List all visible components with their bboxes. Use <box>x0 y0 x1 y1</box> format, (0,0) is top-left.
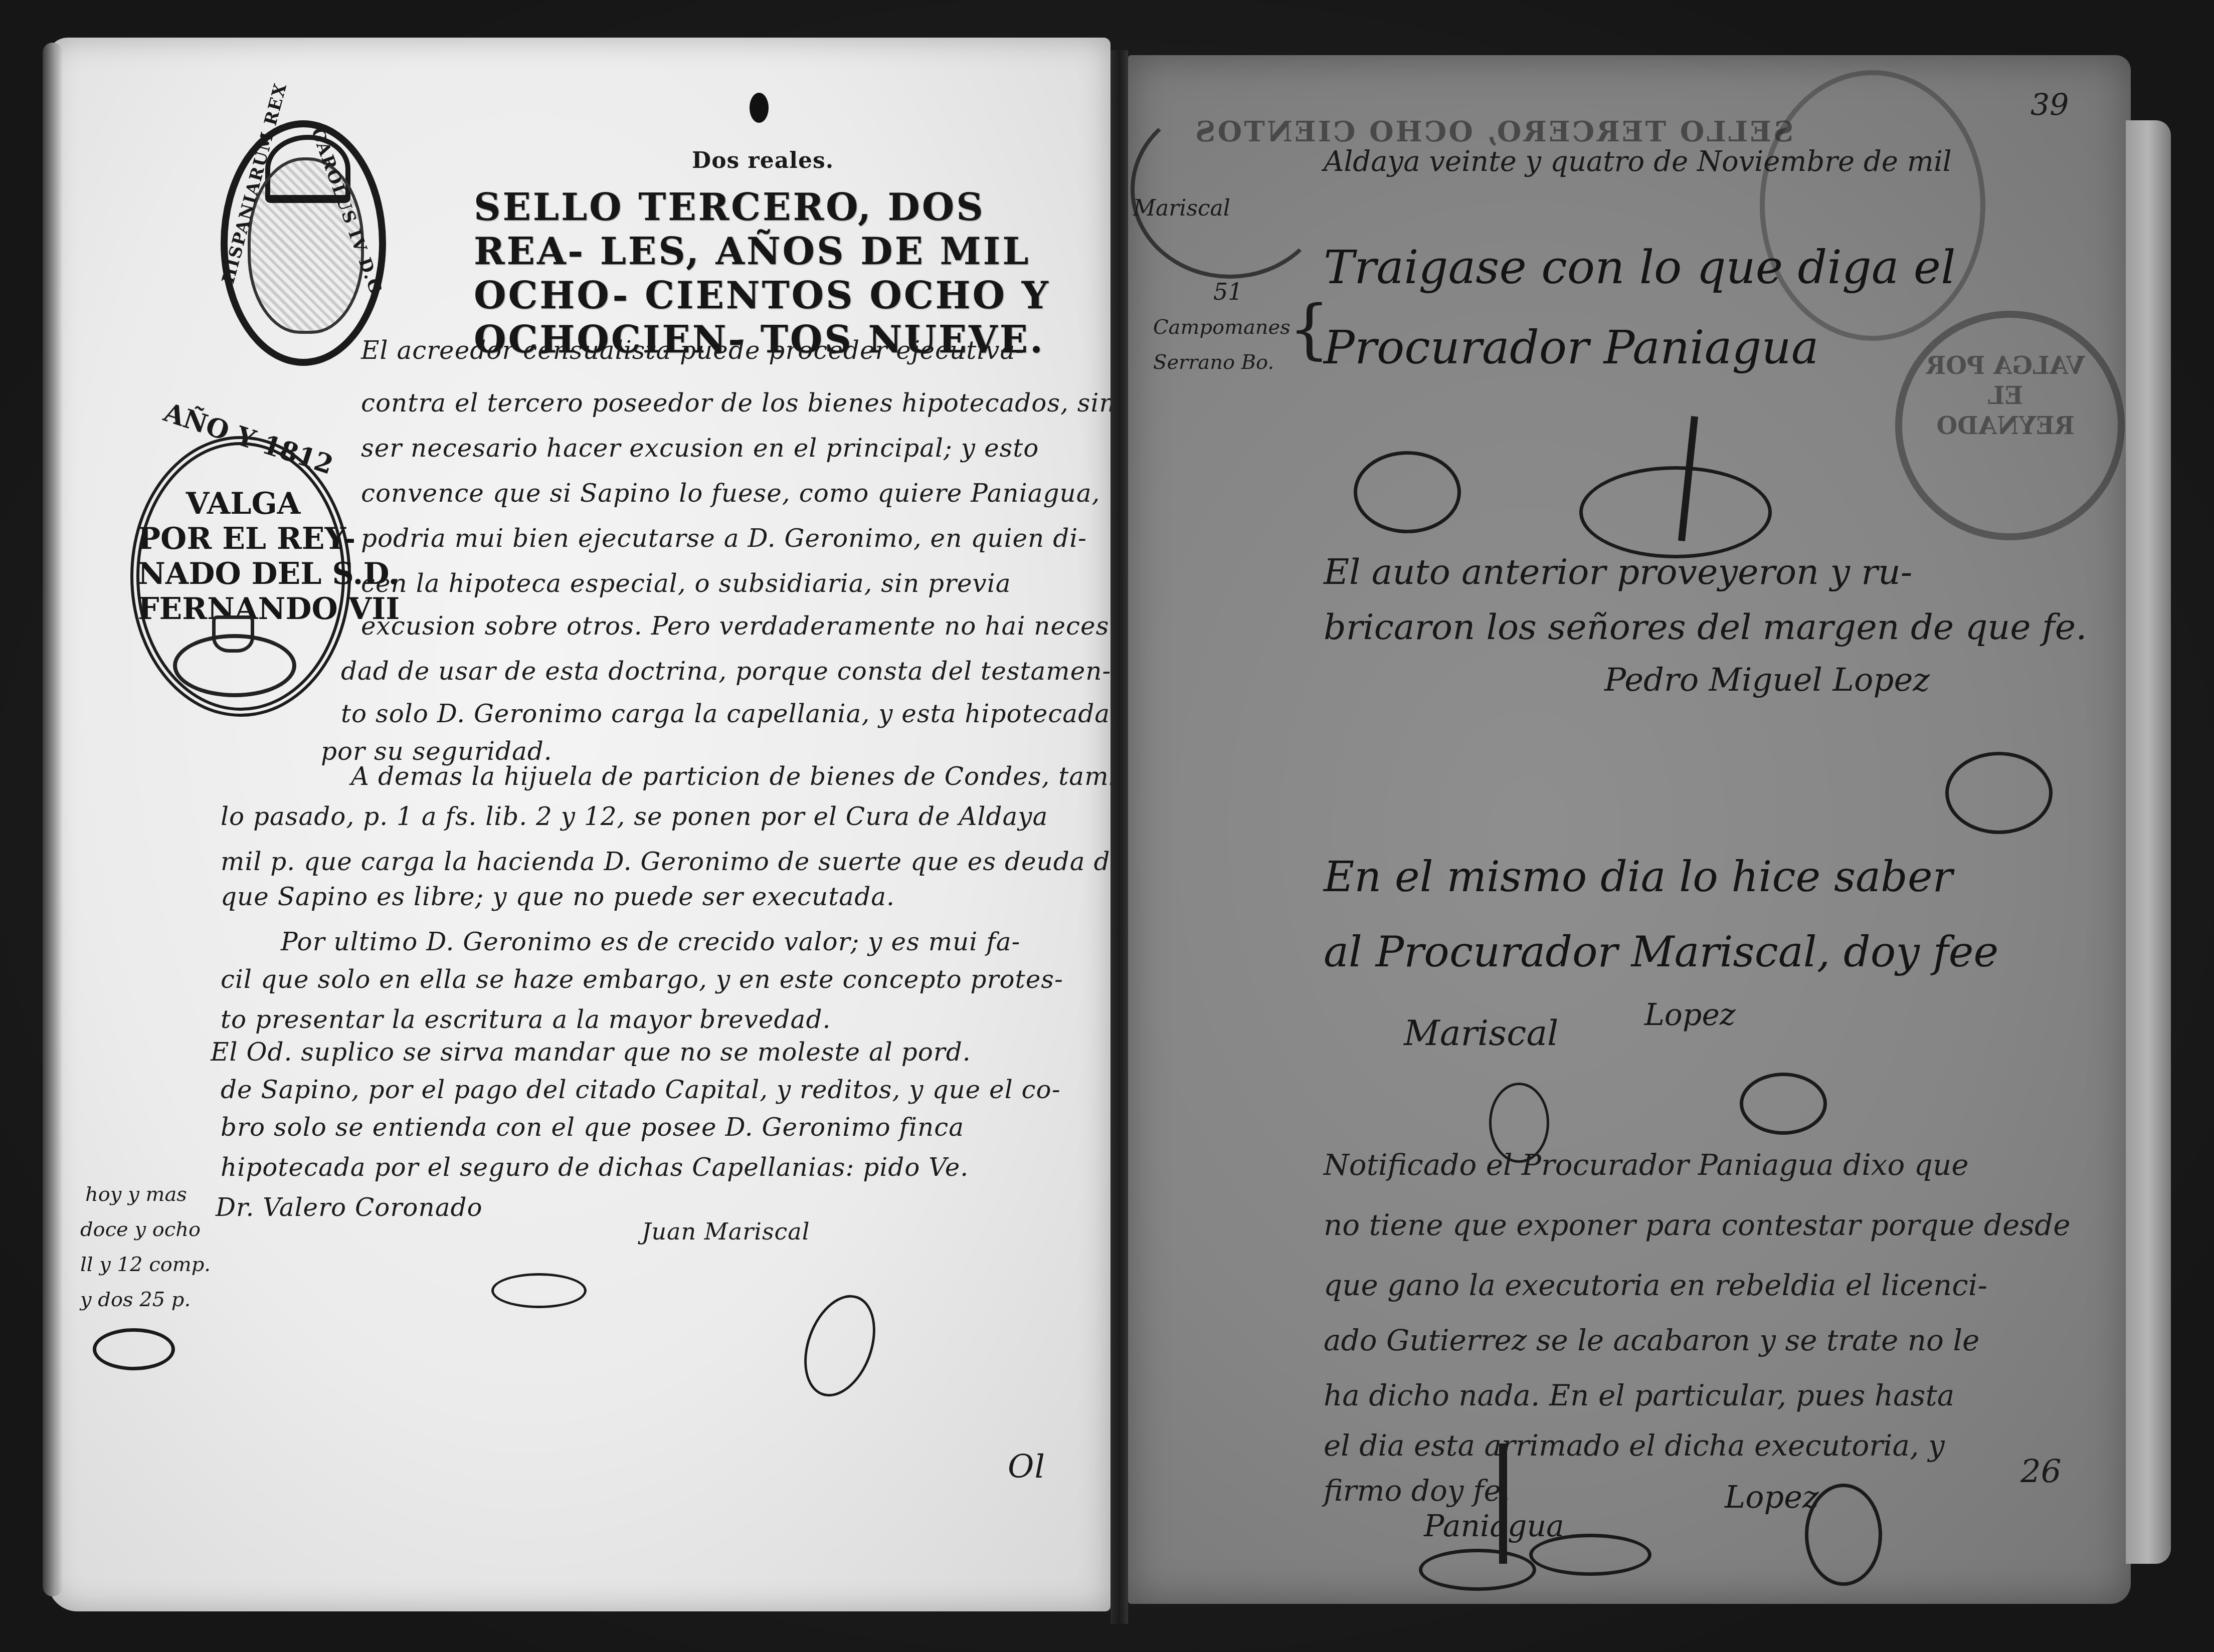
margin-note-line: y dos 25 p. <box>80 1288 191 1311</box>
notice-line: el dia esta arrimado el dicha executoria… <box>1324 1428 1945 1463</box>
body-line: que Sapino es libre; y que no puede ser … <box>221 882 895 911</box>
notification-signature: Mariscal <box>1404 1012 1559 1054</box>
rubric-flourish <box>1354 451 1461 533</box>
body-line: El acreedor censualista puede proceder e… <box>361 336 1024 365</box>
reval-line: NADO DEL S.D. <box>138 556 348 591</box>
body-line: convence que si Sapino lo fuese, como qu… <box>361 479 1100 508</box>
reval-line: VALGA <box>138 486 348 521</box>
body-line: dad de usar de esta doctrina, porque con… <box>341 657 1111 686</box>
notification-signature: Lopez <box>1644 997 1736 1032</box>
notice-line: firmo doy fe. <box>1324 1474 1510 1508</box>
rubric-flourish <box>1131 100 1329 279</box>
auto-signature: Pedro Miguel Lopez <box>1604 662 1930 699</box>
rubric-flourish <box>1529 1534 1651 1576</box>
rubric-flourish <box>1419 1549 1536 1591</box>
notification-line: al Procurador Mariscal, doy fee <box>1324 927 1998 976</box>
top-margin-name: Mariscal <box>1133 195 1230 221</box>
notice-line: que gano la executoria en rebeldia el li… <box>1324 1268 1987 1302</box>
margin-number: 51 <box>1213 278 1243 305</box>
notice-line: ha dicho nada. En el particular, pues ha… <box>1324 1378 1954 1412</box>
revalidation-stamp-text: VALGA POR EL REY- NADO DEL S.D. FERNANDO… <box>138 486 348 627</box>
top-line: Aldaya veinte y quatro de Noviembre de m… <box>1324 145 1952 178</box>
body-line: A demas la hijuela de particion de biene… <box>351 762 1166 791</box>
margin-name: Serrano Bo. <box>1153 351 1274 374</box>
signature-mariscal: Juan Mariscal <box>642 1218 810 1245</box>
body-line: El Od. suplico se sirva mandar que no se… <box>211 1038 971 1067</box>
body-line: cen la hipoteca especial, o subsidiaria,… <box>361 569 1011 598</box>
closing-signature: Lopez <box>1725 1479 1819 1515</box>
body-line: bro solo se entienda con el que posee D.… <box>221 1113 964 1142</box>
body-line: mil p. que carga la hacienda D. Geronimo… <box>221 847 1158 876</box>
margin-name: Campomanes <box>1153 316 1290 339</box>
rubric-stroke <box>1499 1443 1507 1564</box>
margin-note-line: ll y 12 comp. <box>80 1253 211 1276</box>
body-line: excusion sobre otros. Pero verdaderament… <box>361 611 1127 641</box>
auto-line: bricaron los señores del margen de que f… <box>1324 606 2087 648</box>
body-line: hipotecada por el seguro de dichas Capel… <box>221 1153 969 1182</box>
rubric-flourish <box>1579 466 1772 558</box>
decree-line: Procurador Paniagua <box>1324 321 1819 374</box>
body-line: ser necesario hacer excusion en el princ… <box>361 434 1039 463</box>
rubric-flourish <box>1805 1484 1882 1586</box>
body-line: de Sapino, por el pago del citado Capita… <box>221 1075 1061 1104</box>
margin-note-line: doce y ocho <box>80 1218 201 1241</box>
decree-line: Traigase con lo que diga el <box>1324 241 1956 294</box>
notice-line: Notificado el Procurador Paniagua dixo q… <box>1324 1148 1969 1182</box>
notice-line: ado Gutierrez se le acabaron y se trate … <box>1324 1323 1979 1357</box>
auto-line: El auto anterior proveyeron y ru- <box>1324 551 1912 592</box>
rubric-flourish <box>491 1273 587 1308</box>
rubric-flourish <box>1740 1073 1827 1135</box>
reval-line: POR EL REY- <box>138 521 348 556</box>
emblem-icon <box>173 634 296 697</box>
bleed-through-seal <box>1760 70 1985 341</box>
corner-mark: Ol <box>1008 1449 1045 1486</box>
body-line: Por ultimo D. Geronimo es de crecido val… <box>281 927 1020 956</box>
right-page-edge <box>2126 120 2171 1564</box>
rubric-flourish <box>93 1328 175 1370</box>
body-line: to solo D. Geronimo carga la capellania,… <box>341 699 1110 728</box>
body-line: Dr. Valero Coronado <box>216 1193 483 1222</box>
body-line: contra el tercero poseedor de los bienes… <box>361 388 1116 418</box>
margin-note-line: hoy y mas <box>85 1183 187 1206</box>
body-line: podria mui bien ejecutarse a D. Geronimo… <box>361 524 1087 553</box>
folio-mark: 26 <box>2020 1454 2061 1491</box>
bleed-through-stamp-text: VALGA POR EL REYNADO <box>1920 351 2091 441</box>
body-line: to presentar la escritura a la mayor bre… <box>221 1005 831 1034</box>
body-line: lo pasado, p. 1 a fs. lib. 2 y 12, se po… <box>221 802 1048 831</box>
page-number: 39 <box>2031 88 2069 123</box>
closing-signature: Paniagua <box>1424 1509 1564 1544</box>
binding-hole <box>750 93 769 123</box>
price-label: Dos reales. <box>692 148 834 173</box>
book-gutter <box>1111 50 1128 1624</box>
rubric-flourish <box>1945 752 2053 834</box>
notice-line: no tiene que exponer para contestar porq… <box>1324 1208 2071 1242</box>
body-line: cil que solo en ella se haze embargo, y … <box>221 965 1063 994</box>
notification-line: En el mismo dia lo hice saber <box>1324 852 1953 901</box>
